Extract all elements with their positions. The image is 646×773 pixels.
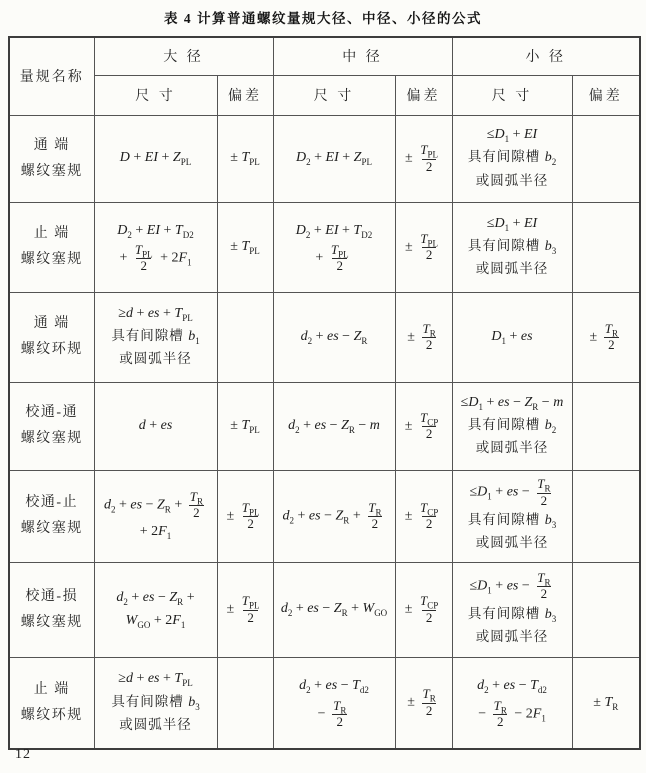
formula-line: ± TCP2 <box>397 501 451 532</box>
math-operator: 2 <box>247 516 254 531</box>
formula-line: d2 + es − Td2 <box>454 676 571 696</box>
formula-line: d2 + es − ZR + WGO <box>275 599 394 619</box>
formula-note-text: 具有间隙槽 <box>468 512 545 527</box>
formula-line: 具有间隙槽 b3 <box>454 604 571 625</box>
table-title: 表 4 计算普通螺纹量规大径、中径、小径的公式 <box>0 7 646 27</box>
math-variable: T <box>242 500 249 515</box>
math-operator: − <box>518 578 533 593</box>
math-operator: 2 <box>608 337 615 352</box>
cell-minor-size: ≤D1 + EI具有间隙槽 b3或圆弧半径 <box>452 202 572 292</box>
math-variable: EI <box>524 216 537 231</box>
cell-minor-size: ≤D1 + es − ZR − m具有间隙槽 b2或圆弧半径 <box>452 382 572 470</box>
math-variable: D <box>477 578 487 593</box>
math-operator: 2 <box>426 337 433 352</box>
math-variable: D <box>494 216 504 231</box>
math-operator: 2 <box>426 516 433 531</box>
fraction: TPL2 <box>240 594 262 625</box>
cell-pitch-size: d2 + es − ZR + WGO <box>273 562 395 657</box>
math-operator: 2 <box>426 159 433 174</box>
formula-line: 或圆弧半径 <box>454 627 571 648</box>
math-variable: EI <box>325 223 338 238</box>
math-variable: F <box>158 524 167 539</box>
fraction: TPL2 <box>418 232 440 263</box>
math-operator: ≥ <box>118 671 126 686</box>
fraction: TR2 <box>188 490 205 521</box>
cell-minor-deviation <box>572 470 640 562</box>
math-operator: ≥ <box>118 306 126 321</box>
fraction: TR2 <box>366 501 383 532</box>
math-operator: + 2 <box>140 524 158 539</box>
math-subscript: 3 <box>552 246 557 256</box>
math-variable: b <box>545 150 552 165</box>
math-operator: ± <box>227 602 238 617</box>
formula-note-text: 具有间隙槽 <box>468 417 545 432</box>
fraction: TPL2 <box>329 243 351 274</box>
cell-major-size: d + es <box>94 382 217 470</box>
math-variable: D <box>494 127 504 142</box>
gauge-name-line: 止 端 <box>11 221 93 247</box>
fraction: TR2 <box>331 699 348 730</box>
subheader-pitch-deviation: 偏差 <box>395 75 452 115</box>
cell-pitch-size: D2 + EI + ZPL <box>273 115 395 202</box>
header-group-row: 量规名称 大 径 中 径 小 径 <box>9 37 640 75</box>
gauge-name-line: 校通-损 <box>11 584 93 610</box>
math-operator: + <box>339 223 354 238</box>
math-variable: m <box>553 395 563 410</box>
math-operator: ± <box>407 329 418 344</box>
gauge-name: 止 端螺纹环规 <box>9 657 94 749</box>
math-operator: − <box>337 678 352 693</box>
cell-pitch-deviation: ± TCP2 <box>395 470 452 562</box>
math-variable: d <box>301 329 308 344</box>
formula-note-text: 或圆弧半径 <box>119 717 192 732</box>
math-operator: + <box>130 150 145 165</box>
math-operator: + <box>310 223 325 238</box>
formula-note-text: 或圆弧半径 <box>119 351 192 366</box>
math-variable: b <box>545 513 552 528</box>
header-gauge-name: 量规名称 <box>9 37 94 115</box>
math-operator: + <box>339 150 354 165</box>
math-subscript: GO <box>374 608 387 618</box>
math-subscript: PL <box>181 157 192 167</box>
cell-minor-deviation <box>572 382 640 470</box>
gauge-name-line: 通 端 <box>11 133 93 159</box>
formula-line: ≥d + es + TPL <box>96 304 216 324</box>
math-operator: − <box>321 508 336 523</box>
math-operator: + 2 <box>150 613 172 628</box>
math-variable: es <box>307 601 319 616</box>
math-operator: − <box>339 329 354 344</box>
formula-line: 具有间隙槽 b3 <box>454 236 571 257</box>
math-subscript: 1 <box>195 336 200 346</box>
formula-line: ± TR2 <box>397 687 451 718</box>
formula-line: WGO + 2F1 <box>96 611 216 631</box>
formula-note-text: 具有间隙槽 <box>468 606 545 621</box>
math-operator: + <box>311 678 326 693</box>
formula-note-text: 或圆弧半径 <box>476 440 549 455</box>
formula-line: ± TCP2 <box>397 411 451 442</box>
math-operator: 2 <box>140 258 147 273</box>
cell-major-size: ≥d + es + TPL具有间隙槽 b3或圆弧半径 <box>94 657 217 749</box>
table-row: 校通-通螺纹塞规d + es± TPLd2 + es − ZR − m± TCP… <box>9 382 640 470</box>
table-row: 校通-损螺纹塞规d2 + es − ZR +WGO + 2F1± TPL2d2 … <box>9 562 640 657</box>
math-variable: b <box>545 607 552 622</box>
math-operator: ≤ <box>469 485 477 500</box>
math-variable: es <box>148 306 160 321</box>
math-variable: d <box>283 508 290 523</box>
math-subscript: PL <box>249 425 260 435</box>
math-operator: 2 <box>541 493 548 508</box>
gauge-name-line: 通 端 <box>11 311 93 337</box>
formula-line: 具有间隙槽 b3 <box>454 510 571 531</box>
math-subscript: PL <box>249 246 260 256</box>
math-variable: d <box>126 306 133 321</box>
cell-minor-deviation <box>572 562 640 657</box>
table-row: 通 端螺纹塞规D + EI + ZPL± TPLD2 + EI + ZPL± T… <box>9 115 640 202</box>
cell-major-deviation: ± TPL2 <box>217 470 273 562</box>
formula-line: d2 + es − ZR − m <box>275 416 394 436</box>
math-variable: es <box>314 418 326 433</box>
table-body: 通 端螺纹塞规D + EI + ZPL± TPLD2 + EI + ZPL± T… <box>9 115 640 749</box>
math-subscript: d2 <box>538 685 547 695</box>
cell-minor-size: D1 + es <box>452 292 572 382</box>
math-operator: 2 <box>426 703 433 718</box>
cell-pitch-deviation: ± TPL2 <box>395 115 452 202</box>
cell-pitch-size: d2 + es − ZR <box>273 292 395 382</box>
math-variable: Z <box>157 497 165 512</box>
formula-line: ± TR2 <box>574 322 639 353</box>
math-variable: d <box>139 418 146 433</box>
math-operator: + <box>349 508 364 523</box>
math-subscript: PL <box>361 157 372 167</box>
math-subscript: PL <box>182 312 193 322</box>
math-variable: T <box>530 678 538 693</box>
table-row: 校通-止螺纹塞规d2 + es − ZR + TR2+ 2F1± TPL2d2 … <box>9 470 640 562</box>
table-header: 量规名称 大 径 中 径 小 径 尺 寸 偏差 尺 寸 偏差 尺 寸 偏差 <box>9 37 640 115</box>
math-variable: es <box>521 329 533 344</box>
gauge-name: 通 端螺纹环规 <box>9 292 94 382</box>
fraction: TCP2 <box>418 594 440 625</box>
math-operator: ± <box>230 239 241 254</box>
math-variable: T <box>331 242 338 257</box>
math-subscript: GO <box>137 619 150 629</box>
math-variable: es <box>507 578 519 593</box>
cell-minor-size: d2 + es − Td2− TR2 − 2F1 <box>452 657 572 749</box>
formula-line: ± TR2 <box>397 322 451 353</box>
math-operator: + <box>311 150 326 165</box>
math-variable: T <box>494 698 501 713</box>
gauge-name-line: 止 端 <box>11 677 93 703</box>
fraction: TR2 <box>535 571 552 602</box>
math-operator: 2 <box>541 586 548 601</box>
math-operator: ± <box>405 151 416 166</box>
formula-line: d2 + es − ZR + TR2 <box>96 490 216 521</box>
cell-minor-deviation <box>572 202 640 292</box>
math-variable: es <box>130 497 142 512</box>
math-subscript: 3 <box>552 613 557 623</box>
cell-major-deviation: ± TPL2 <box>217 562 273 657</box>
math-variable: T <box>422 321 429 336</box>
math-operator: + <box>294 508 309 523</box>
fraction: TCP2 <box>418 501 440 532</box>
formula-line: ≤D1 + es − TR2 <box>454 477 571 508</box>
math-operator: ± <box>405 602 416 617</box>
subheader-pitch-size: 尺 寸 <box>273 75 395 115</box>
math-operator: + <box>492 578 507 593</box>
formula-line: − TR2 <box>275 699 394 730</box>
formula-line: d2 + es − ZR <box>275 327 394 347</box>
math-variable: es <box>507 485 519 500</box>
header-sub-row: 尺 寸 偏差 尺 寸 偏差 尺 寸 偏差 <box>9 75 640 115</box>
table-row: 止 端螺纹环规≥d + es + TPL具有间隙槽 b3或圆弧半径d2 + es… <box>9 657 640 749</box>
math-operator: + <box>292 601 307 616</box>
math-operator: 2 <box>426 247 433 262</box>
formula-line: d2 + es − ZR + TR2 <box>275 501 394 532</box>
table-row: 通 端螺纹环规≥d + es + TPL具有间隙槽 b1或圆弧半径d2 + es… <box>9 292 640 382</box>
math-variable: b <box>545 418 552 433</box>
math-operator: + <box>146 418 161 433</box>
math-operator: − <box>326 418 341 433</box>
formula-line: 具有间隙槽 b2 <box>454 415 571 436</box>
math-operator: ± <box>407 695 418 710</box>
math-operator: − <box>518 485 533 500</box>
cell-minor-size: ≤D1 + es − TR2具有间隙槽 b3或圆弧半径 <box>452 470 572 562</box>
cell-pitch-deviation: ± TCP2 <box>395 562 452 657</box>
formula-line: D + EI + ZPL <box>96 148 216 168</box>
math-subscript: 2 <box>552 425 557 435</box>
math-operator: + <box>506 329 521 344</box>
math-variable: W <box>363 601 375 616</box>
math-variable: T <box>175 223 183 238</box>
math-operator: 2 <box>193 505 200 520</box>
math-operator: ± <box>590 329 601 344</box>
fraction: TPL2 <box>133 243 155 274</box>
math-operator: − <box>510 395 525 410</box>
formula-line: ± TPL <box>219 237 272 257</box>
formula-line: d2 + es − ZR + <box>96 588 216 608</box>
math-operator: − <box>142 497 157 512</box>
formula-line: + TPL2 <box>275 243 394 274</box>
math-operator: 2 <box>336 258 343 273</box>
math-operator: − 2 <box>511 706 533 721</box>
math-operator: ± <box>227 508 238 523</box>
cell-minor-deviation: ± TR2 <box>572 292 640 382</box>
math-variable: D <box>120 150 130 165</box>
math-variable: T <box>352 678 360 693</box>
math-variable: T <box>605 321 612 336</box>
math-subscript: R <box>612 701 618 711</box>
math-operator: + 2 <box>157 250 179 265</box>
formula-note-text: 或圆弧半径 <box>476 173 549 188</box>
math-variable: d <box>126 671 133 686</box>
header-pitch-diameter: 中 径 <box>273 37 452 75</box>
formula-line: ± TR <box>574 693 639 713</box>
math-operator: + <box>489 678 504 693</box>
cell-pitch-size: d2 + es − ZR − m <box>273 382 395 470</box>
subheader-major-size: 尺 寸 <box>94 75 217 115</box>
math-variable: es <box>504 678 516 693</box>
math-operator: ≤ <box>469 578 477 593</box>
math-variable: D <box>296 223 306 238</box>
fraction: TPL2 <box>240 501 262 532</box>
math-operator: 2 <box>497 714 504 729</box>
math-operator: + <box>128 590 143 605</box>
fraction: TPL2 <box>418 143 440 174</box>
gauge-name: 校通-通螺纹塞规 <box>9 382 94 470</box>
math-subscript: R <box>361 336 367 346</box>
math-operator: 2 <box>247 610 254 625</box>
cell-major-size: D2 + EI + TD2+ TPL2 + 2F1 <box>94 202 217 292</box>
formula-line: ± TPL2 <box>397 143 451 174</box>
math-variable: D <box>491 329 501 344</box>
math-variable: es <box>148 671 160 686</box>
formula-line: + TPL2 + 2F1 <box>96 243 216 274</box>
formula-line: ≤D1 + es − ZR − m <box>454 393 571 413</box>
math-operator: 2 <box>336 714 343 729</box>
formula-note-text: 具有间隙槽 <box>468 149 545 164</box>
math-operator: + <box>119 250 130 265</box>
math-variable: D <box>296 150 306 165</box>
formula-line: 具有间隙槽 b2 <box>454 147 571 168</box>
cell-pitch-size: d2 + es − Td2− TR2 <box>273 657 395 749</box>
cell-major-deviation <box>217 292 273 382</box>
gauge-name-line: 校通-通 <box>11 400 93 426</box>
cell-major-size: d2 + es − ZR +WGO + 2F1 <box>94 562 217 657</box>
math-variable: D <box>468 395 478 410</box>
formula-note-text: 具有间隙槽 <box>111 328 188 343</box>
math-variable: W <box>126 613 138 628</box>
math-operator: 2 <box>426 426 433 441</box>
formula-line: ≥d + es + TPL <box>96 669 216 689</box>
math-subscript: 1 <box>541 713 546 723</box>
math-operator: + <box>132 223 147 238</box>
formula-line: − TR2 − 2F1 <box>454 699 571 730</box>
math-variable: EI <box>145 150 158 165</box>
cell-pitch-size: D2 + EI + TD2+ TPL2 <box>273 202 395 292</box>
gauge-name-line: 螺纹环规 <box>11 703 93 729</box>
math-operator: + <box>315 250 326 265</box>
subheader-minor-size: 尺 寸 <box>452 75 572 115</box>
math-operator: − <box>478 706 489 721</box>
math-operator: − <box>515 678 530 693</box>
math-subscript: D2 <box>361 229 372 239</box>
math-variable: Z <box>334 601 342 616</box>
math-variable: es <box>143 590 155 605</box>
math-variable: Z <box>169 590 177 605</box>
fraction: TR2 <box>420 687 437 718</box>
math-operator: + <box>492 485 507 500</box>
math-variable: es <box>498 395 510 410</box>
fraction: TCP2 <box>418 411 440 442</box>
formula-line: D2 + EI + TD2 <box>96 221 216 241</box>
math-operator: ± <box>405 418 416 433</box>
document-page: 表 4 计算普通螺纹量规大径、中径、小径的公式 量规名称 大 径 中 径 小 径… <box>0 0 646 773</box>
cell-minor-size: ≤D1 + EI具有间隙槽 b2或圆弧半径 <box>452 115 572 202</box>
math-variable: Z <box>173 150 181 165</box>
cell-pitch-deviation: ± TR2 <box>395 657 452 749</box>
math-operator: + <box>171 497 186 512</box>
math-variable: d <box>104 497 111 512</box>
formula-line: + 2F1 <box>96 522 216 542</box>
formula-line: 具有间隙槽 b1 <box>96 326 216 347</box>
subheader-major-deviation: 偏差 <box>217 75 273 115</box>
math-operator: + <box>300 418 315 433</box>
cell-major-deviation: ± TPL <box>217 382 273 470</box>
formula-line: ≤D1 + EI <box>454 125 571 145</box>
math-subscript: 3 <box>552 520 557 530</box>
cell-major-size: d2 + es − ZR + TR2+ 2F1 <box>94 470 217 562</box>
math-operator: + <box>160 671 175 686</box>
math-operator: ± <box>405 239 416 254</box>
math-variable: es <box>309 508 321 523</box>
math-operator: + <box>133 306 148 321</box>
math-operator: − <box>355 418 370 433</box>
math-operator: + <box>348 601 363 616</box>
cell-pitch-size: d2 + es − ZR + TR2 <box>273 470 395 562</box>
math-operator: − <box>154 590 169 605</box>
formula-line: ± TPL <box>219 148 272 168</box>
page-number: 12 <box>15 747 31 763</box>
math-variable: T <box>190 489 197 504</box>
math-operator: + <box>158 150 173 165</box>
math-operator: 2 <box>372 516 379 531</box>
math-operator: − <box>318 706 329 721</box>
math-subscript: D2 <box>183 229 194 239</box>
formula-line: D2 + EI + ZPL <box>275 148 394 168</box>
formula-line: 或圆弧半径 <box>96 715 216 736</box>
gauge-name-line: 螺纹塞规 <box>11 610 93 636</box>
math-operator: + <box>509 127 524 142</box>
math-variable: F <box>179 250 188 265</box>
math-operator: + <box>133 671 148 686</box>
formula-line: d + es <box>96 416 216 436</box>
math-variable: EI <box>147 223 160 238</box>
formula-note-text: 具有间隙槽 <box>468 238 545 253</box>
fraction: TR2 <box>535 477 552 508</box>
formula-line: ± TPL2 <box>219 501 272 532</box>
math-operator: ± <box>593 695 604 710</box>
math-variable: m <box>370 418 380 433</box>
cell-major-size: D + EI + ZPL <box>94 115 217 202</box>
math-operator: + <box>183 590 194 605</box>
math-variable: es <box>161 418 173 433</box>
math-operator: + <box>116 497 131 512</box>
math-variable: T <box>422 686 429 701</box>
math-variable: EI <box>326 150 339 165</box>
math-variable: T <box>242 593 249 608</box>
formula-line: 或圆弧半径 <box>454 533 571 554</box>
table-row: 止 端螺纹塞规D2 + EI + TD2+ TPL2 + 2F1± TPLD2 … <box>9 202 640 292</box>
formula-note-text: 具有间隙槽 <box>111 694 188 709</box>
fraction: TR2 <box>492 699 509 730</box>
math-subscript: d2 <box>360 685 369 695</box>
fraction: TR2 <box>420 322 437 353</box>
gauge-name-line: 螺纹塞规 <box>11 159 93 185</box>
gauge-name: 通 端螺纹塞规 <box>9 115 94 202</box>
gauge-name: 止 端螺纹塞规 <box>9 202 94 292</box>
gauge-name-line: 校通-止 <box>11 490 93 516</box>
math-operator: + <box>160 223 175 238</box>
header-minor-diameter: 小 径 <box>452 37 640 75</box>
formula-table: 量规名称 大 径 中 径 小 径 尺 寸 偏差 尺 寸 偏差 尺 寸 偏差 通 … <box>8 36 641 750</box>
math-operator: ± <box>230 150 241 165</box>
math-operator: + <box>160 306 175 321</box>
cell-major-deviation <box>217 657 273 749</box>
formula-line: 或圆弧半径 <box>454 438 571 459</box>
cell-major-deviation: ± TPL <box>217 202 273 292</box>
math-subscript: PL <box>249 157 260 167</box>
math-subscript: 1 <box>167 531 172 541</box>
